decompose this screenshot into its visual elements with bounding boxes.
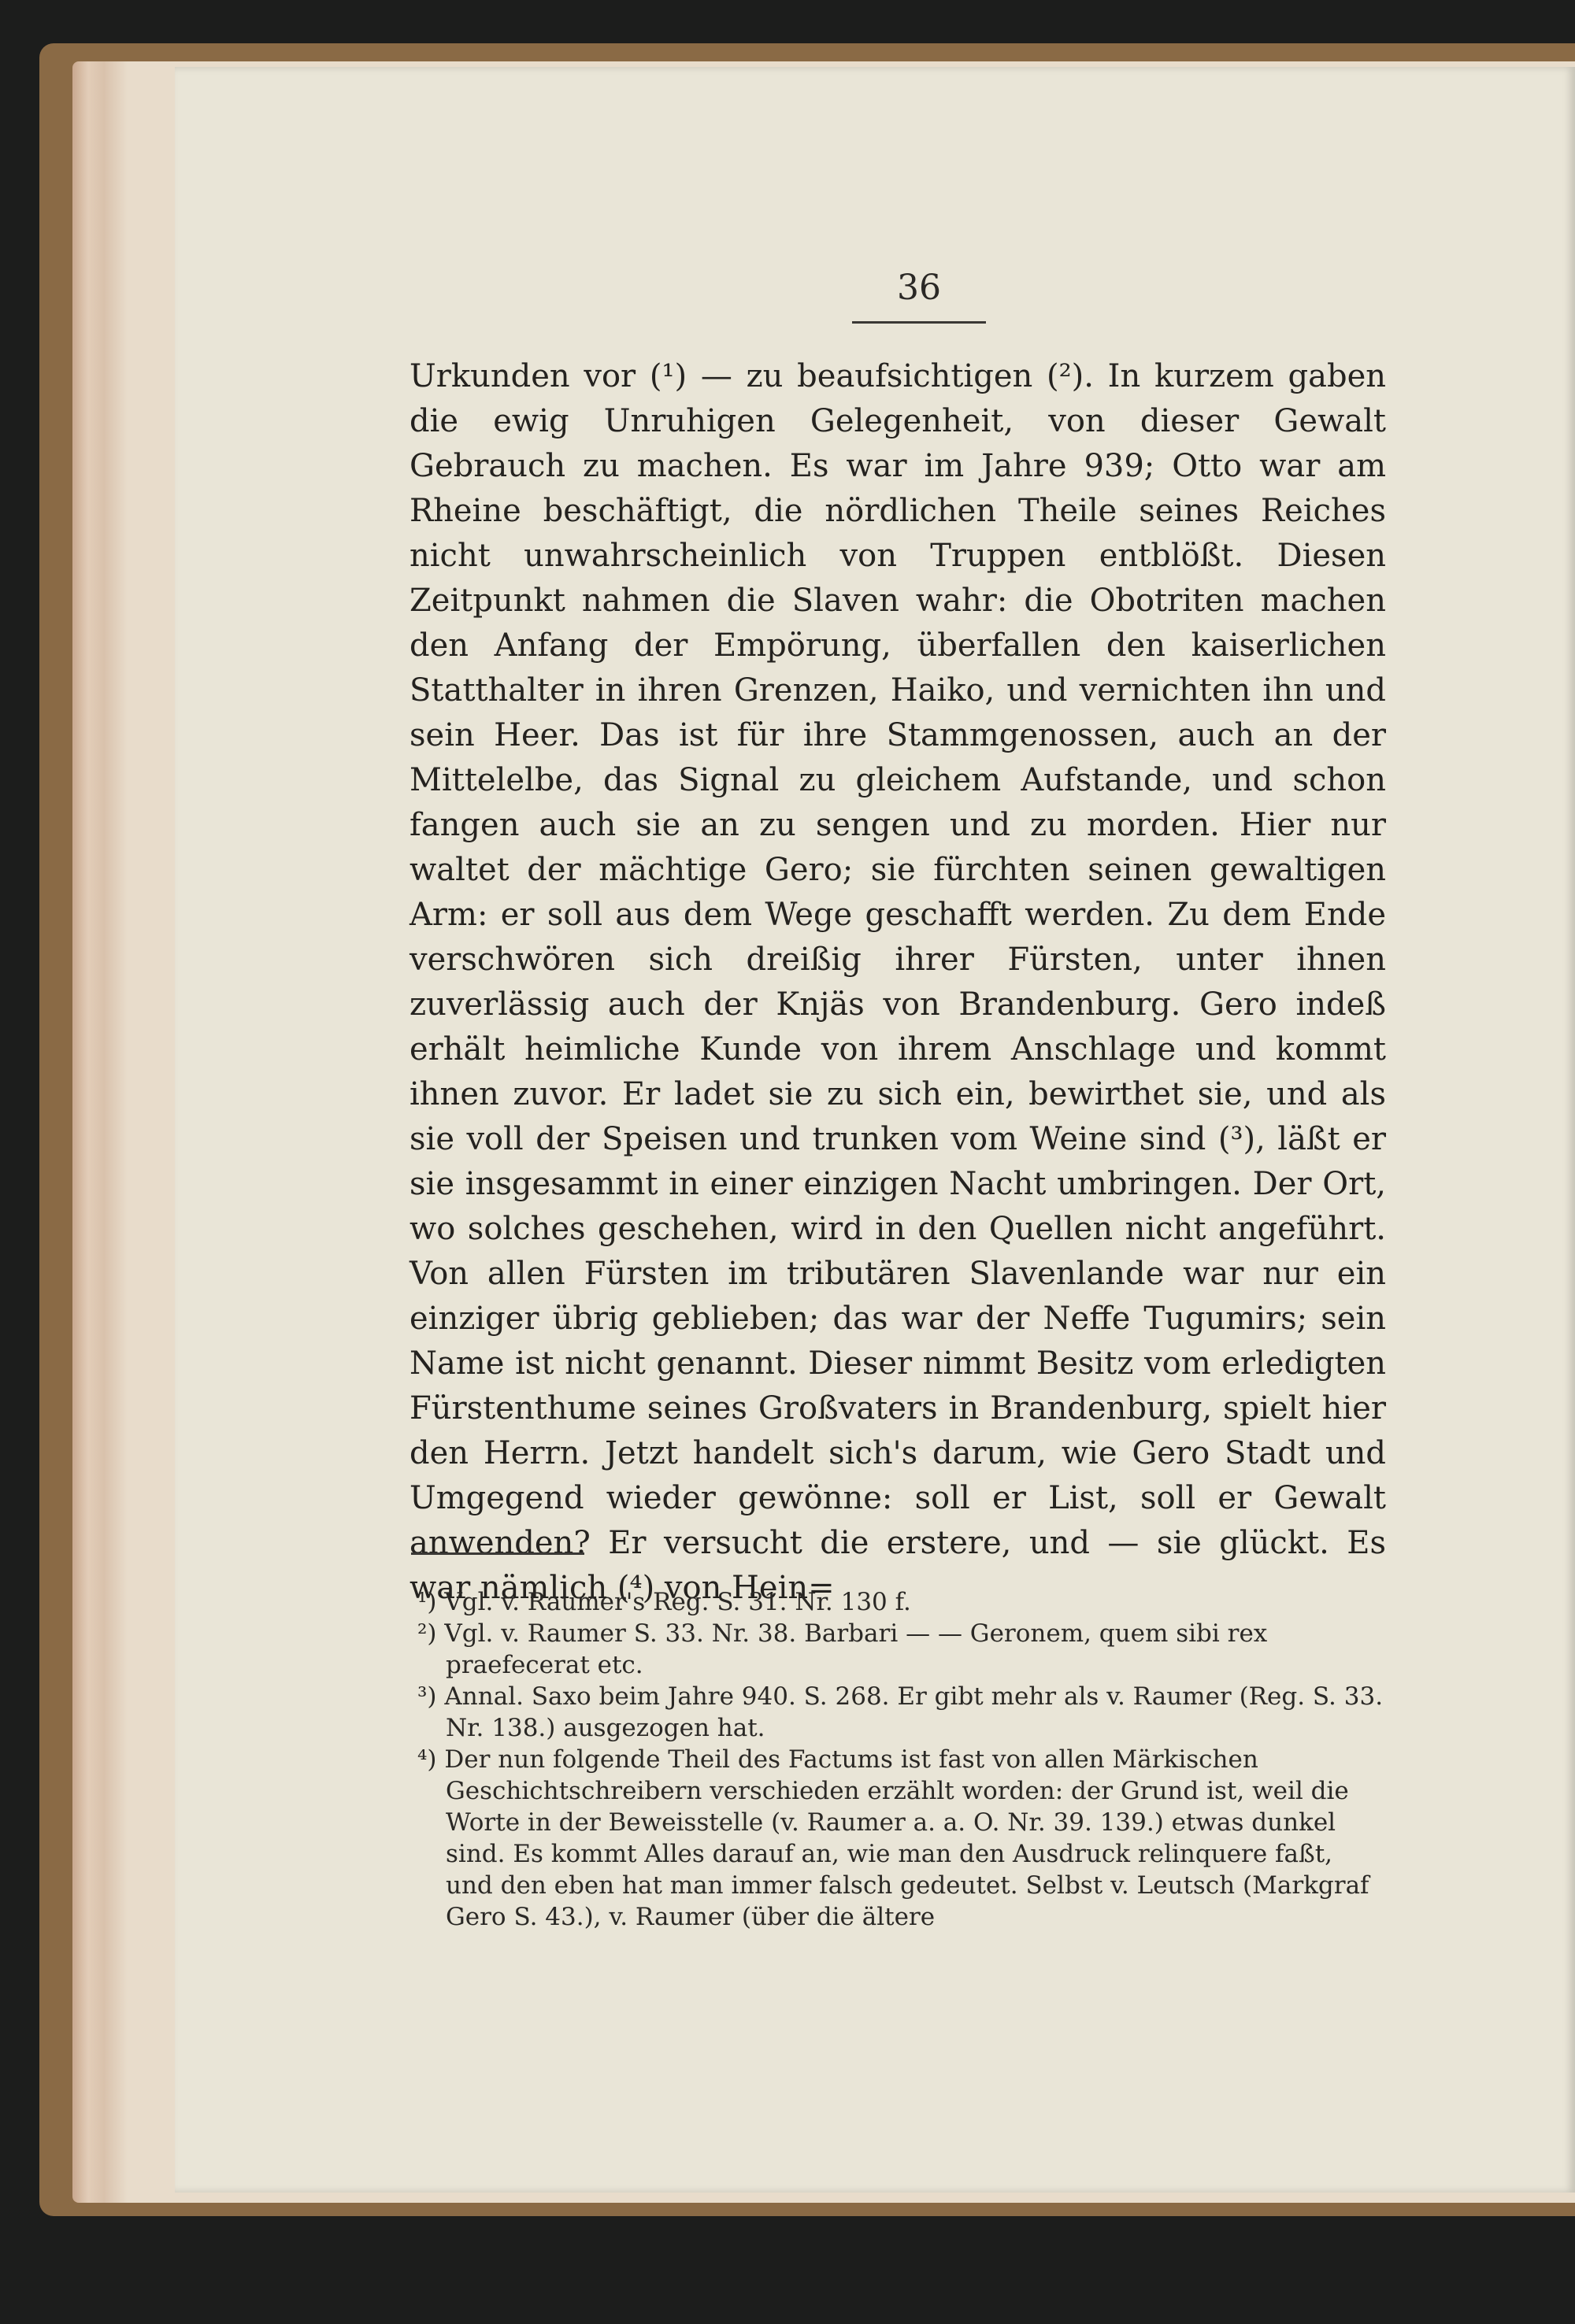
- footnotes: ¹) Vgl. v. Raumer's Reg. S. 31. Nr. 130 …: [417, 1586, 1386, 1933]
- footnote-1: ¹) Vgl. v. Raumer's Reg. S. 31. Nr. 130 …: [417, 1586, 1386, 1618]
- footnote-rule: [411, 1552, 584, 1555]
- body-text: Urkunden vor (¹) — zu beaufsichtigen (²)…: [409, 354, 1386, 1611]
- header-rule: [852, 321, 986, 324]
- page-number: 36: [852, 268, 986, 308]
- footnote-2: ²) Vgl. v. Raumer S. 33. Nr. 38. Barbari…: [417, 1618, 1386, 1681]
- footnote-4: ⁴) Der nun folgende Theil des Factums is…: [417, 1744, 1386, 1933]
- footnote-3: ³) Annal. Saxo beim Jahre 940. S. 268. E…: [417, 1681, 1386, 1744]
